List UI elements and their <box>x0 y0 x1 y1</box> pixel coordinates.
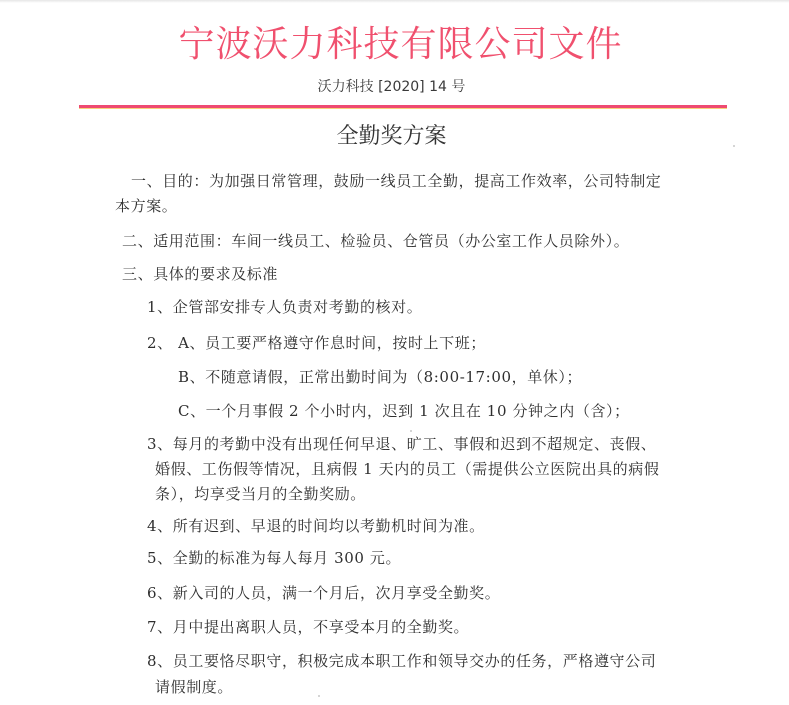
item-3-line-3: 条），均享受当月的全勤奖励。 <box>155 484 366 504</box>
section-scope-line: 二、适用范围：车间一线员工、检验员、仓管员（办公室工作人员除外）。 <box>122 231 629 251</box>
item-4-line: 4、所有迟到、早退的时间均以考勤机时间为准。 <box>147 516 485 536</box>
item-3-line-1: 3、每月的考勤中没有出现任何早退、旷工、事假和迟到不超规定、丧假、 <box>147 434 656 454</box>
item-5-line: 5、全勤的标准为每人每月 300 元。 <box>147 548 401 568</box>
item-3-line-2: 婚假、工伤假等情况，且病假 1 天内的员工（需提供公立医院出具的病假 <box>155 459 659 479</box>
item-7-line: 7、月中提出离职人员，不享受本月的全勤奖。 <box>147 617 469 637</box>
document-letterhead-title: 宁波沃力科技有限公司文件 <box>0 24 789 66</box>
item-2-line-b: B、不随意请假，正常出勤时间为（8:00-17:00，单休）； <box>178 367 582 387</box>
letterhead-divider <box>79 105 727 108</box>
item-8-line-1: 8、员工要恪尽职守，积极完成本职工作和领导交办的任务，严格遵守公司 <box>147 651 656 671</box>
item-1-line: 1、企管部安排专人负责对考勤的核对。 <box>147 297 422 317</box>
scan-speck <box>733 145 735 147</box>
item-8-line-2: 请假制度。 <box>155 677 233 697</box>
scan-speck <box>410 430 412 432</box>
page-top-edge <box>0 0 789 3</box>
item-6-line: 6、新入司的人员，满一个月后，次月享受全勤奖。 <box>147 583 500 603</box>
item-2-line-a: 2、 A、员工要严格遵守作息时间，按时上下班； <box>147 333 486 353</box>
section-requirements-title: 三、具体的要求及标准 <box>122 264 278 284</box>
scan-speck <box>318 695 320 697</box>
document-heading: 全勤奖方案 <box>0 122 783 152</box>
section-purpose-line-2: 本方案。 <box>115 196 177 216</box>
document-number: 沃力科技 [2020] 14 号 <box>0 78 783 96</box>
section-purpose-line-1: 一、目的：为加强日常管理，鼓励一线员工全勤，提高工作效率，公司特制定 <box>131 171 661 191</box>
item-2-line-c: C、一个月事假 2 个小时内，迟到 1 次且在 10 分钟之内（含）； <box>178 401 630 421</box>
